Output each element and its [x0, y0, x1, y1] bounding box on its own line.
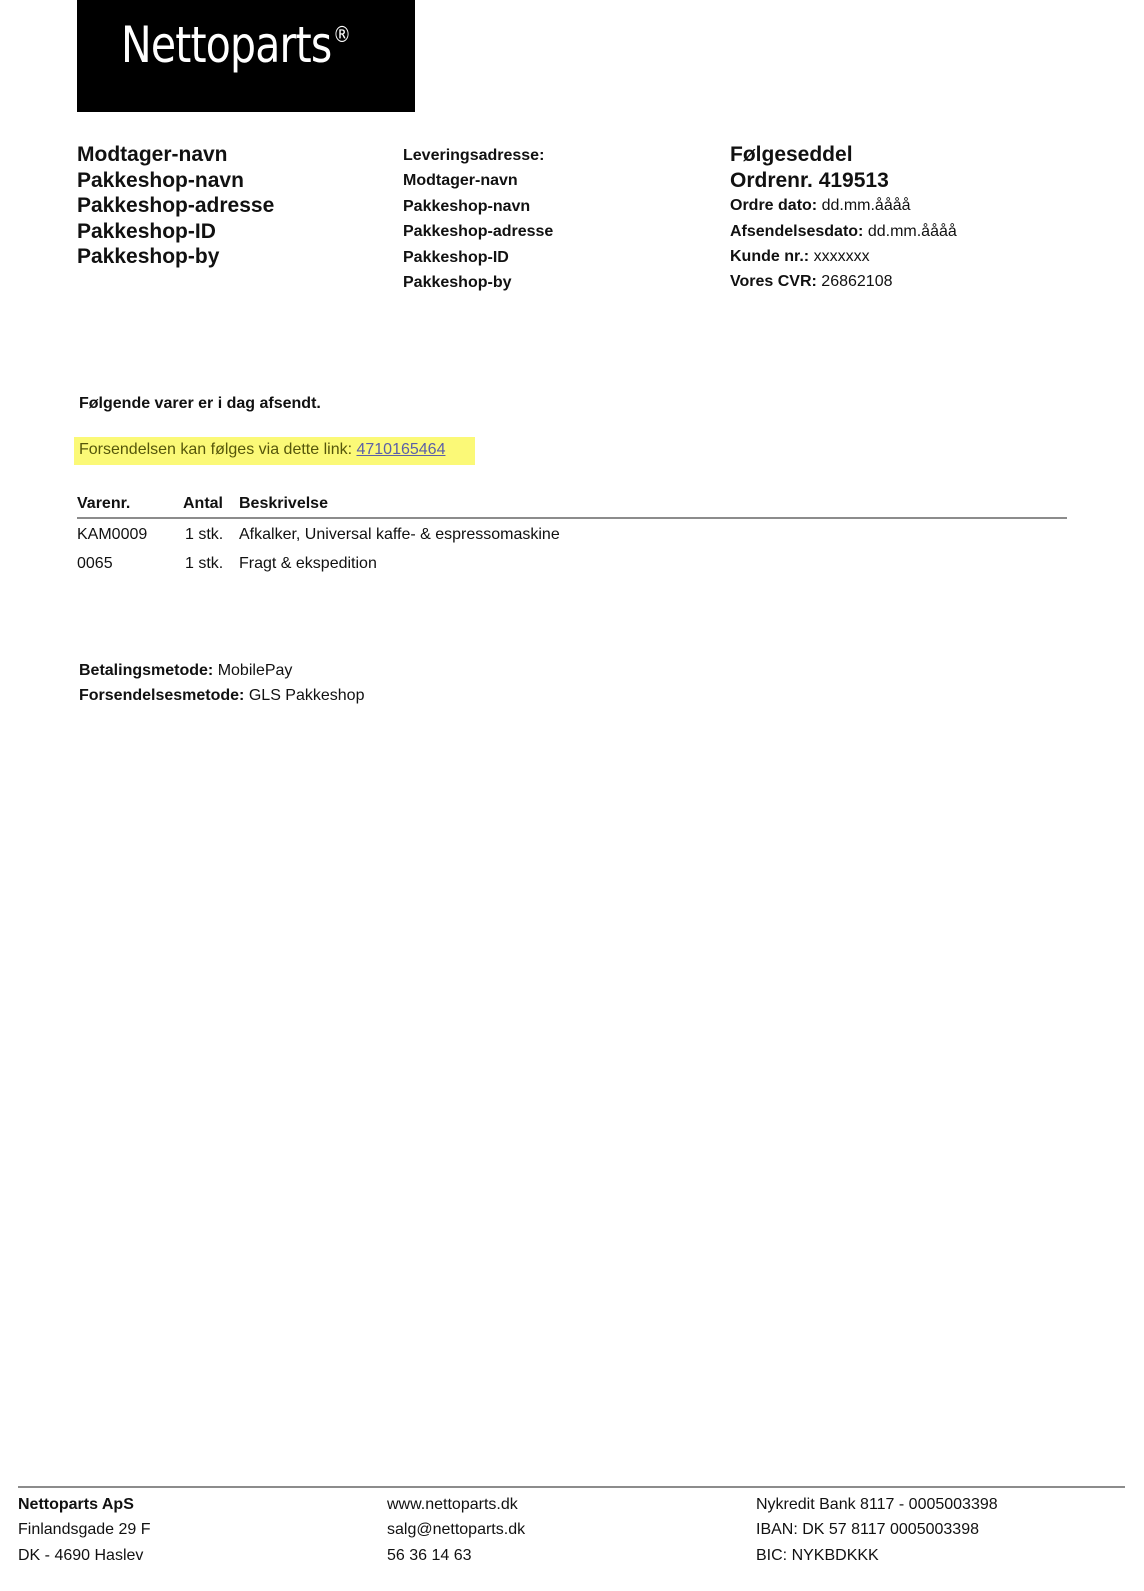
footer-phone: 56 36 14 63	[387, 1543, 525, 1568]
shipped-notice: Følgende varer er i dag afsendt.	[79, 395, 321, 413]
delivery-shop-address: Pakkeshop-adresse	[403, 219, 553, 244]
company-logo: Nettoparts®	[77, 0, 415, 112]
payment-method: Betalingsmetode: MobilePay	[79, 658, 364, 683]
items-table: Varenr. Antal Beskrivelse KAM0009 1 stk.…	[77, 494, 1067, 577]
payment-info: Betalingsmetode: MobilePay Forsendelsesm…	[79, 658, 364, 709]
item-sku: 0065	[77, 555, 113, 573]
footer-iban: IBAN: DK 57 8117 0005003398	[756, 1517, 998, 1542]
shipping-date: Afsendelsesdato: dd.mm.åååå	[730, 219, 957, 244]
footer-company: Nettoparts ApS Finlandsgade 29 F DK - 46…	[18, 1492, 151, 1568]
recipient-name: Modtager-navn	[77, 142, 274, 168]
table-row: 0065 1 stk. Fragt & ekspedition	[77, 548, 1067, 577]
footer-divider	[18, 1486, 1125, 1488]
delivery-address: Leveringsadresse: Modtager-navn Pakkesho…	[403, 143, 553, 295]
shipping-method: Forsendelsesmetode: GLS Pakkeshop	[79, 683, 364, 708]
recipient-address: Modtager-navn Pakkeshop-navn Pakkeshop-a…	[77, 142, 274, 270]
column-header-sku: Varenr.	[77, 495, 130, 513]
order-number: Ordrenr. 419513	[730, 168, 957, 194]
delivery-heading: Leveringsadresse:	[403, 143, 553, 168]
recipient-shop-address: Pakkeshop-adresse	[77, 193, 274, 219]
item-sku: KAM0009	[77, 526, 147, 544]
table-row: KAM0009 1 stk. Afkalker, Universal kaffe…	[77, 519, 1067, 548]
column-header-description: Beskrivelse	[239, 495, 328, 513]
company-cvr: Vores CVR: 26862108	[730, 269, 957, 294]
delivery-shop-city: Pakkeshop-by	[403, 270, 553, 295]
document-title: Følgeseddel	[730, 142, 957, 168]
order-date: Ordre dato: dd.mm.åååå	[730, 193, 957, 218]
footer-city: DK - 4690 Haslev	[18, 1543, 151, 1568]
footer-bic: BIC: NYKBDKKK	[756, 1543, 998, 1568]
item-description: Afkalker, Universal kaffe- & espressomas…	[239, 526, 560, 544]
footer-street: Finlandsgade 29 F	[18, 1517, 151, 1542]
recipient-shop-city: Pakkeshop-by	[77, 244, 274, 270]
footer-bank: Nykredit Bank 8117 - 0005003398 IBAN: DK…	[756, 1492, 998, 1568]
logo-wordmark: Nettoparts®	[121, 18, 350, 73]
recipient-shop-id: Pakkeshop-ID	[77, 219, 274, 245]
delivery-name: Modtager-navn	[403, 168, 553, 193]
item-qty: 1 stk.	[185, 526, 223, 544]
order-info: Følgeseddel Ordrenr. 419513 Ordre dato: …	[730, 142, 957, 295]
table-header: Varenr. Antal Beskrivelse	[77, 494, 1067, 519]
footer-bank-account: Nykredit Bank 8117 - 0005003398	[756, 1492, 998, 1517]
column-header-qty: Antal	[183, 495, 223, 513]
tracking-link[interactable]: 4710165464	[356, 441, 445, 458]
tracking-label: Forsendelsen kan følges via dette link:	[79, 441, 352, 458]
tracking-banner: Forsendelsen kan følges via dette link: …	[74, 437, 475, 465]
footer-company-name: Nettoparts ApS	[18, 1492, 151, 1517]
item-qty: 1 stk.	[185, 555, 223, 573]
customer-number: Kunde nr.: xxxxxxx	[730, 244, 957, 269]
footer-contact: www.nettoparts.dk salg@nettoparts.dk 56 …	[387, 1492, 525, 1568]
recipient-shop-name: Pakkeshop-navn	[77, 168, 274, 194]
footer-email[interactable]: salg@nettoparts.dk	[387, 1517, 525, 1542]
footer-website[interactable]: www.nettoparts.dk	[387, 1492, 525, 1517]
delivery-shop-name: Pakkeshop-navn	[403, 194, 553, 219]
item-description: Fragt & ekspedition	[239, 555, 377, 573]
registered-mark-icon: ®	[333, 23, 350, 48]
delivery-shop-id: Pakkeshop-ID	[403, 245, 553, 270]
